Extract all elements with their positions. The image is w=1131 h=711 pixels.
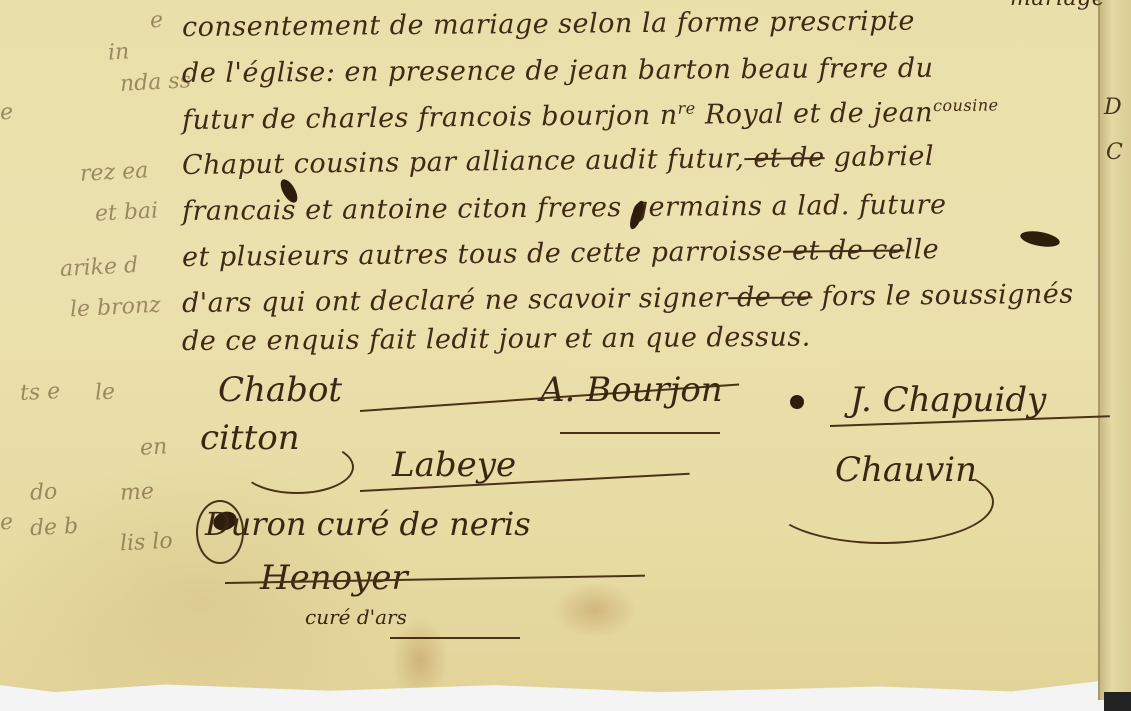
signature-chabot: Chabot: [218, 370, 342, 410]
signature-chapuidy: J. Chapuidy: [850, 380, 1046, 420]
margin-fragment: et bai: [94, 198, 158, 226]
signature-underline: [390, 637, 520, 639]
margin-fragment: de b: [29, 514, 78, 541]
margin-fragment: le bronz: [69, 293, 161, 323]
margin-fragment: arike d: [59, 253, 138, 282]
margin-fragment: in: [107, 39, 129, 65]
struck-text: et de ce: [783, 234, 905, 266]
margin-fragment: ts e: [19, 379, 60, 406]
signature-underline: [560, 432, 720, 434]
margin-fragment: e: [0, 510, 14, 536]
book-spine: D C: [1098, 0, 1131, 700]
margin-fragment: me: [119, 479, 154, 506]
signature-henoyer: Henoyer: [260, 558, 408, 598]
scan-corner: [1104, 692, 1131, 711]
struck-text: et de: [744, 142, 825, 174]
ink-blot: [790, 395, 804, 409]
margin-fragment: rez ea: [79, 158, 148, 187]
signature-flourish: [196, 500, 244, 564]
record-line-8: de ce enquis fait ledit jour et an que d…: [182, 322, 811, 357]
signature-flourish: [240, 440, 354, 494]
top-fragment: mariage: [1010, 0, 1105, 11]
signature-bourjon: A. Bourjon: [540, 370, 723, 410]
right-margin-fragment: C: [1106, 140, 1123, 165]
margin-fragment: en: [139, 434, 167, 460]
margin-fragment: lis lo: [119, 529, 173, 557]
margin-fragment: le: [94, 379, 115, 405]
signature-duron: Duron curé de neris: [205, 505, 531, 543]
struck-text: de ce: [728, 281, 813, 313]
signature-flourish: [770, 460, 994, 544]
record-line-2: de l'église: en presence de jean barton …: [182, 53, 934, 89]
margin-fragment: do: [29, 479, 58, 505]
signature-cure-ars: curé d'ars: [305, 605, 407, 629]
margin-fragment: e: [149, 8, 163, 34]
margin-fragment: nda ss: [119, 68, 191, 97]
signature-labeye: Labeye: [392, 445, 516, 485]
right-margin-fragment: D: [1104, 95, 1122, 120]
margin-fragment: e: [0, 100, 14, 126]
left-margin: e in nda ss e rez ea et bai arike d le b…: [0, 0, 180, 700]
record-line-1: consentement de mariage selon la forme p…: [182, 6, 915, 43]
